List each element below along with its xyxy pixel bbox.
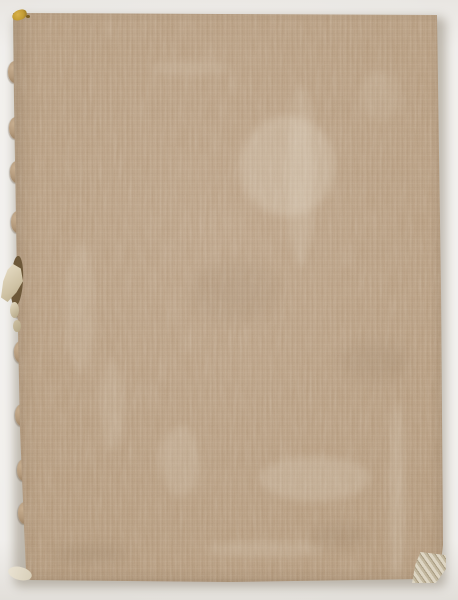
book-front-cover bbox=[10, 11, 446, 583]
photograph bbox=[0, 0, 458, 600]
spine-damage-fragment bbox=[10, 302, 19, 318]
top-left-corner-speck bbox=[26, 15, 30, 18]
spine-damage-fragment bbox=[13, 320, 21, 332]
smudge-mark bbox=[50, 546, 130, 562]
smudge-mark bbox=[310, 526, 370, 546]
smudge-mark bbox=[190, 261, 280, 321]
smudge-marks bbox=[10, 11, 446, 583]
smudge-mark bbox=[340, 341, 410, 381]
